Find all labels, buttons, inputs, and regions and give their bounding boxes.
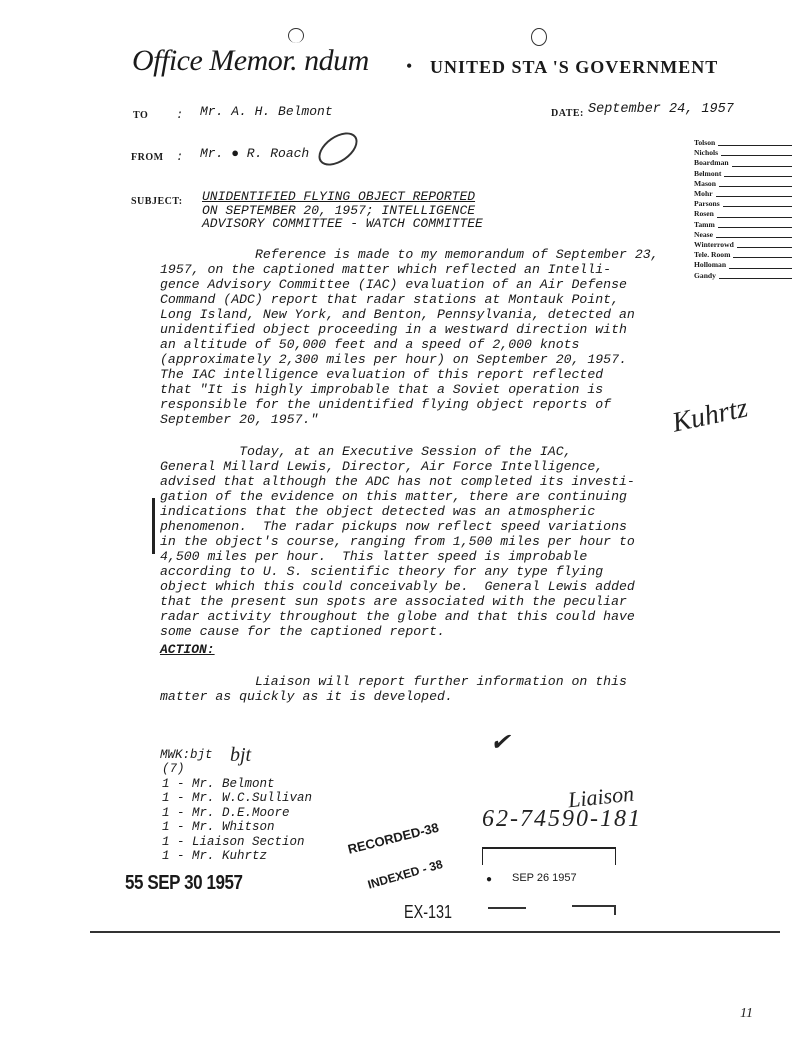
routing-name: Nease	[694, 230, 713, 240]
paragraph-reference: Reference is made to my memorandum of Se…	[160, 247, 700, 427]
file-number: 62-74590-181	[482, 806, 642, 833]
title-separator: •	[406, 56, 412, 77]
routing-name: Belmont	[694, 169, 721, 179]
distribution-recipient: 1 - Liaison Section	[162, 835, 312, 850]
routing-item: Rosen	[694, 209, 794, 219]
routing-initial-line	[716, 237, 792, 238]
routing-item: Holloman	[694, 260, 794, 270]
routing-list: TolsonNicholsBoardmanBelmontMasonMohrPar…	[694, 138, 794, 281]
date-value: September 24, 1957	[588, 102, 734, 117]
checkmark-icon: ✔	[490, 728, 510, 757]
routing-name: Rosen	[694, 209, 714, 219]
routing-name: Boardman	[694, 158, 729, 168]
to-value: Mr. A. H. Belmont	[200, 104, 333, 119]
subject-label: SUBJECT:	[131, 196, 183, 207]
routing-initial-line	[724, 176, 792, 177]
handwritten-circle	[313, 126, 364, 173]
routing-name: Parsons	[694, 199, 720, 209]
routing-initial-line	[718, 227, 792, 228]
routing-initial-line	[733, 257, 792, 258]
bottom-rule	[90, 931, 780, 933]
routing-name: Tolson	[694, 138, 715, 148]
from-label: FROM	[131, 152, 164, 163]
routing-item: Boardman	[694, 158, 794, 168]
file-stamp-box	[482, 847, 616, 865]
subject-text: UNIDENTIFIED FLYING OBJECT REPORTED ON S…	[202, 190, 483, 231]
government-heading: UNITED STA 'S GOVERNMENT	[430, 57, 718, 78]
initials-text: MWK:bjt	[160, 748, 213, 762]
to-label: TO	[133, 110, 148, 121]
paragraph-action: Liaison will report further information …	[160, 674, 700, 704]
routing-item: Gandy	[694, 271, 794, 281]
margin-mark	[152, 498, 155, 554]
routing-item: Belmont	[694, 169, 794, 179]
received-stamp: SEP 26 1957	[512, 872, 577, 884]
stamp-bullet-icon: ●	[486, 874, 492, 885]
memo-title: Office Memor. ndum	[132, 44, 369, 78]
distribution-recipient: 1 - Mr. Belmont	[162, 777, 312, 792]
routing-item: Parsons	[694, 199, 794, 209]
handwritten-mark	[531, 28, 547, 46]
page-number: 11	[740, 1006, 753, 1022]
routing-name: Nichols	[694, 148, 718, 158]
routing-initial-line	[716, 196, 792, 197]
handwritten-initials: bjt	[230, 744, 251, 767]
routing-item: Tamm	[694, 220, 794, 230]
routing-initial-line	[729, 268, 792, 269]
date-label: DATE:	[551, 108, 584, 119]
handwritten-mark	[288, 28, 304, 43]
routing-initial-line	[719, 186, 792, 187]
routing-item: Nease	[694, 230, 794, 240]
distribution-recipient: 1 - Mr. Kuhrtz	[162, 849, 312, 864]
routing-initial-line	[732, 166, 792, 167]
routing-name: Tamm	[694, 220, 715, 230]
typist-initials: MWK:bjt	[160, 748, 213, 762]
distribution-list: (7)1 - Mr. Belmont1 - Mr. W.C.Sullivan1 …	[162, 762, 312, 864]
routing-item: Winterrowd	[694, 240, 794, 250]
subject-line: ADVISORY COMMITTEE - WATCH COMMITTEE	[202, 216, 483, 231]
recorded-stamp: RECORDED-38	[346, 820, 440, 857]
routing-item: Nichols	[694, 148, 794, 158]
routing-name: Mohr	[694, 189, 713, 199]
routing-initial-line	[723, 206, 792, 207]
date-stamp: 55 SEP 30 1957	[125, 872, 243, 895]
routing-initial-line	[718, 145, 792, 146]
routing-item: Mason	[694, 179, 794, 189]
routing-item: Tolson	[694, 138, 794, 148]
routing-initial-line	[737, 247, 792, 248]
from-value: Mr. ● R. Roach	[200, 146, 309, 161]
ex-number-stamp: EX-131	[404, 902, 452, 923]
file-stamp-box-bottom	[488, 903, 614, 911]
distribution-recipient: 1 - Mr. W.C.Sullivan	[162, 791, 312, 806]
paragraph-executive-session: Today, at an Executive Session of the IA…	[160, 444, 700, 639]
routing-initial-line	[717, 217, 792, 218]
distribution-recipient: 1 - Mr. D.E.Moore	[162, 806, 312, 821]
routing-initial-line	[719, 278, 792, 279]
routing-item: Tele. Room	[694, 250, 794, 260]
distribution-recipient: 1 - Mr. Whitson	[162, 820, 312, 835]
routing-item: Mohr	[694, 189, 794, 199]
to-colon: :	[176, 108, 183, 122]
indexed-stamp: INDEXED - 38	[366, 857, 444, 892]
action-heading: ACTION:	[160, 642, 215, 657]
routing-initial-line	[721, 155, 792, 156]
routing-name: Mason	[694, 179, 716, 189]
from-colon: :	[176, 150, 183, 164]
